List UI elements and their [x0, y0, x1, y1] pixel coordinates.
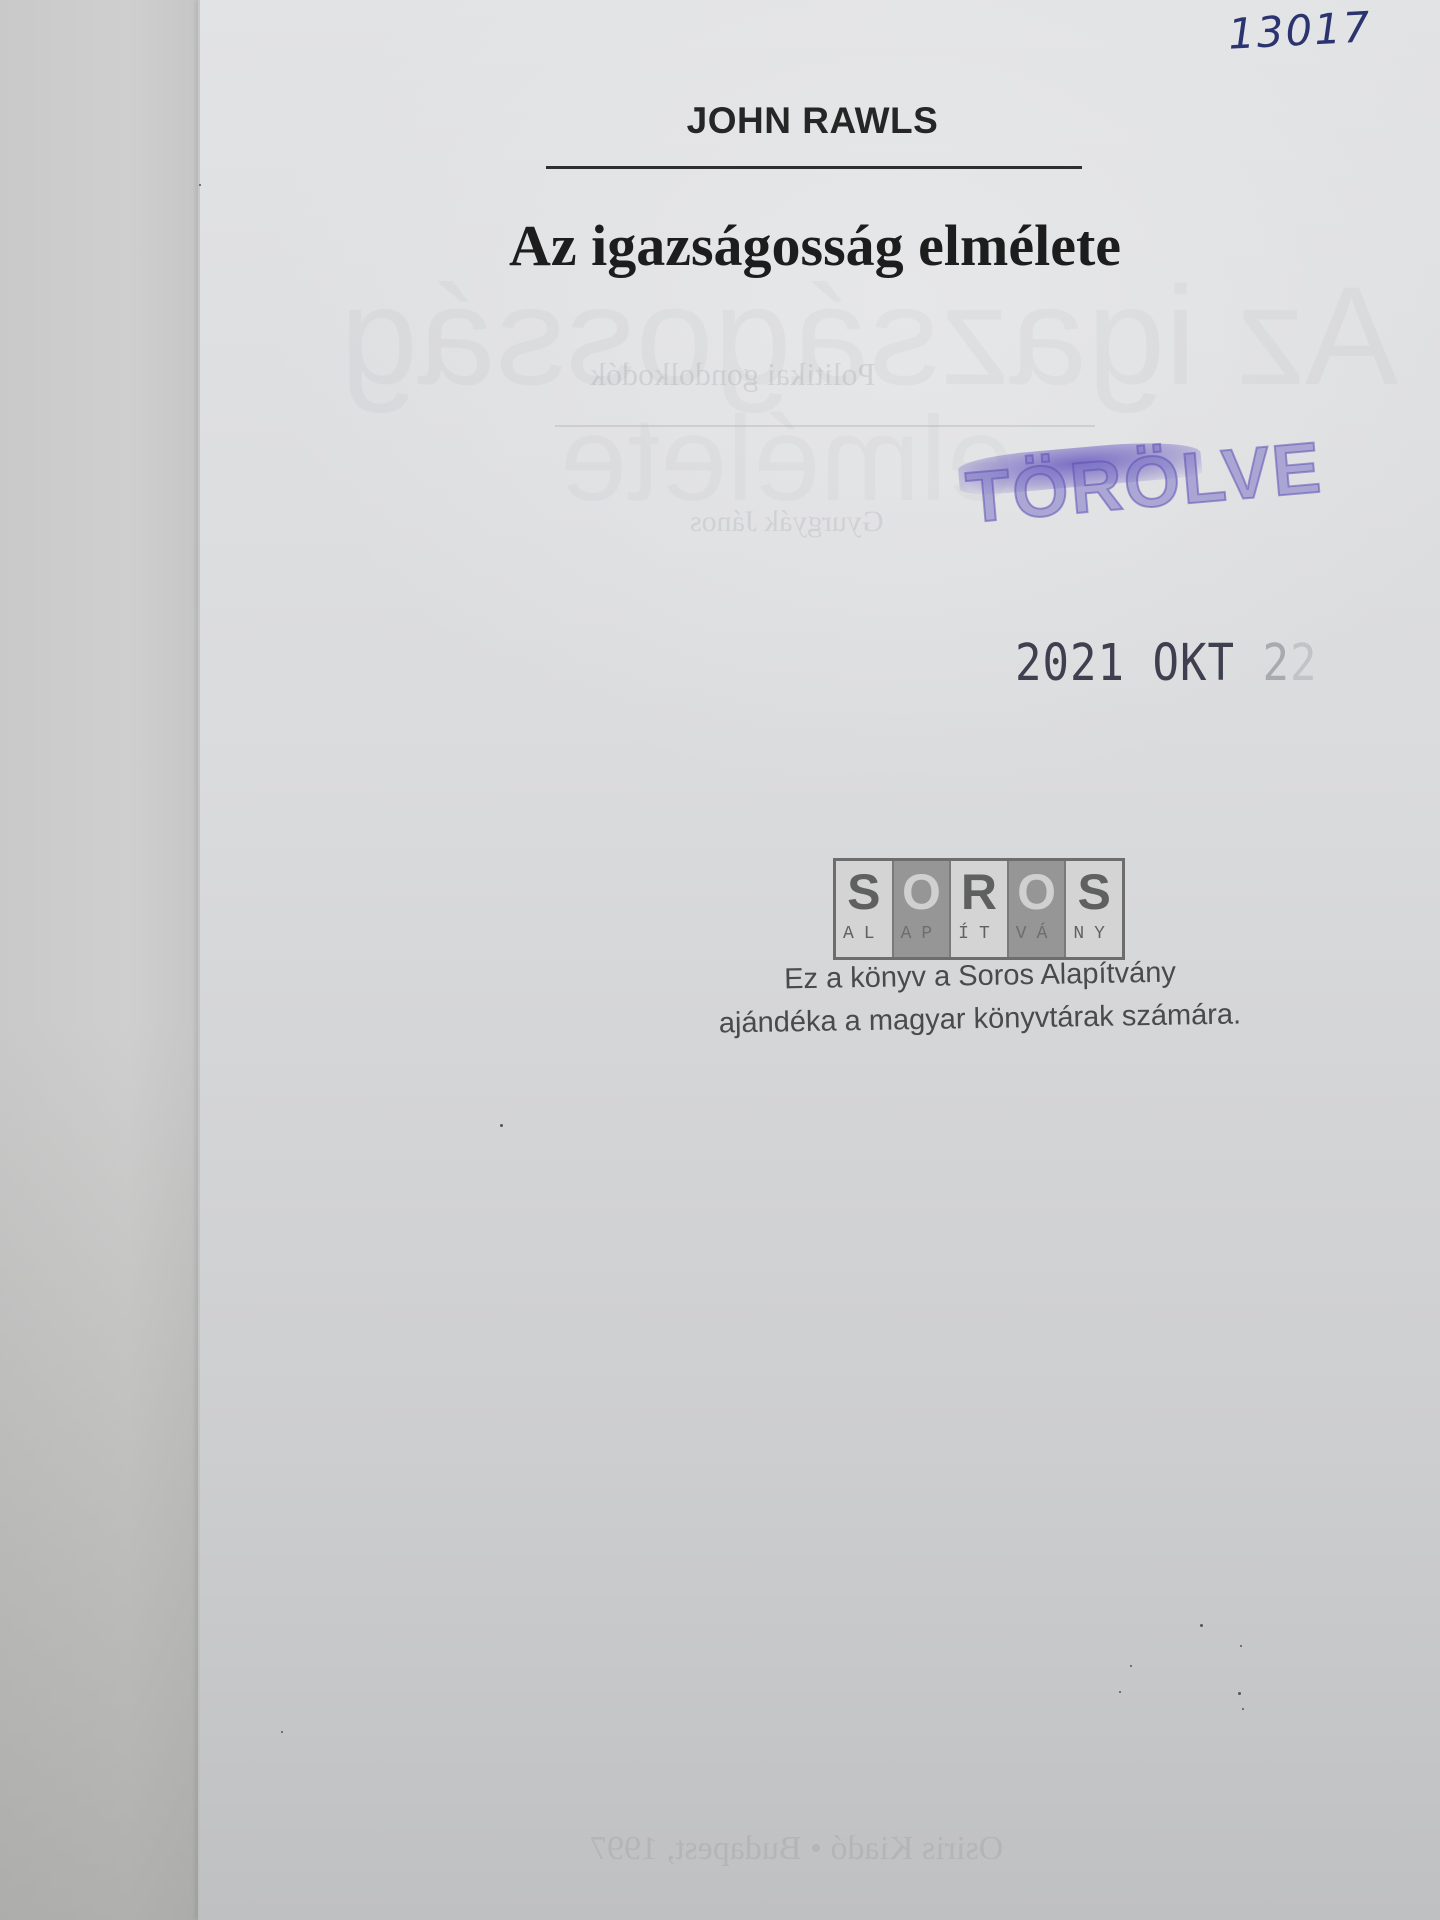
book-title: Az igazságosság elmélete — [0, 212, 1440, 279]
soros-logo-letter: S — [847, 861, 880, 923]
author-name: JOHN RAWLS — [0, 100, 1440, 142]
date-stamp-day-faded: 2 — [1290, 634, 1318, 693]
soros-logo-letter: O — [1017, 861, 1056, 923]
soros-logo-letter: S — [1077, 861, 1110, 923]
soros-logo-cell: O AP — [894, 861, 952, 957]
soros-logo-cell: S AL — [836, 861, 894, 957]
date-stamp-year: 2021 — [1015, 634, 1125, 693]
soros-logo-sub: AP — [901, 923, 943, 945]
bleed-through-rule — [555, 425, 1095, 427]
title-divider — [546, 166, 1082, 169]
date-stamp-month: OKT — [1152, 634, 1234, 693]
page-gutter — [198, 0, 200, 1920]
soros-logo-sub: NY — [1073, 923, 1115, 945]
date-stamp-day: 2 — [1262, 634, 1290, 693]
book-spread: Az igazságosság elmélete Politikai gondo… — [0, 0, 1440, 1920]
soros-logo-letter: O — [902, 861, 941, 923]
soros-logo-sub: VÁ — [1016, 923, 1058, 945]
soros-logo-cell: R ÍT — [951, 861, 1009, 957]
soros-logo-sub: ÍT — [958, 923, 1000, 945]
soros-foundation-logo: S AL O AP R ÍT O VÁ S NY — [833, 858, 1125, 960]
soros-logo-sub: AL — [843, 923, 885, 945]
soros-logo-cell: O VÁ — [1009, 861, 1067, 957]
date-stamp: 2021 OKT 22 — [1015, 634, 1317, 693]
handwritten-inventory-number: 13017 — [1227, 2, 1373, 58]
soros-logo-cell: S NY — [1066, 861, 1122, 957]
soros-logo-letter: R — [961, 861, 997, 923]
